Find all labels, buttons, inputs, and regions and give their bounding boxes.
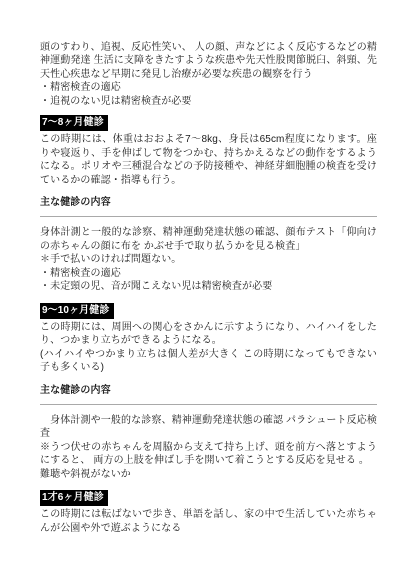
checkup-contents-paragraph: 身体計測や一般的な診察、精神運動発達状態の確認 パラシュート反応検査 xyxy=(40,414,377,441)
divider xyxy=(40,404,377,405)
bullet-item: ・追視のない児は精密検査が必要 xyxy=(40,95,377,108)
note-item: ＊手で払いのければ問題ない。 xyxy=(40,253,377,266)
parachute-reflex-note: ※うつ伏せの赤ちゃんを周脇から支えて持ち上げ、頭を前方へ落とすようにすると、 両… xyxy=(40,441,377,468)
checkup-header-9-10-months: 9～10ヶ月健診 xyxy=(40,303,114,319)
checkup-header-18-months: 1才6ヶ月健診 xyxy=(40,490,108,506)
section-title-main-checkup-contents: 主な健診の内容 xyxy=(40,384,377,397)
section-title-main-checkup-contents: 主な健診の内容 xyxy=(40,196,377,209)
checkup-7-8-months-paragraph: この時期には、体重はおおよそ7～8kg、身長は65cm程度になります。座りや寝返… xyxy=(40,133,377,187)
checkup-header-7-8-months: 7～8ヶ月健診 xyxy=(40,115,108,131)
bullet-item: ・精密検査の適応 xyxy=(40,267,377,280)
checkup-9-10-months-parenthetical: (ハイハイやつかまり立ちは個人差が大きく この時期になってもできない子も多くいる… xyxy=(40,348,377,375)
checkup-18-months-paragraph: この時期には転ばないで歩き、単語を話し、家の中で生活していた赤ちゃんが公園や外で… xyxy=(40,508,377,535)
bullet-item: ・未定頸の児、音が聞こえない児は精密検査が必要 xyxy=(40,280,377,293)
intro-development-paragraph: 頭のすわり、追視、反応性笑い、 人の顔、声などによく反応するなどの精神運動発達 … xyxy=(40,41,377,81)
checkup-9-10-months-paragraph: この時期には、周囲への関心をさかんに示すようになり、ハイハイをしたり、つかまり立… xyxy=(40,321,377,348)
bullet-item: ・精密検査の適応 xyxy=(40,81,377,94)
divider xyxy=(40,216,377,217)
document-page: 頭のすわり、追視、反応性笑い、 人の顔、声などによく反応するなどの精神運動発達 … xyxy=(40,41,377,535)
checkup-contents-paragraph: 身体計測と一般的な診察、精神運動発達状態の確認、顔布テスト「仰向けの赤ちゃんの顔… xyxy=(40,226,377,253)
hearing-strabismus-line: 難聴や斜視がないか xyxy=(40,468,377,481)
